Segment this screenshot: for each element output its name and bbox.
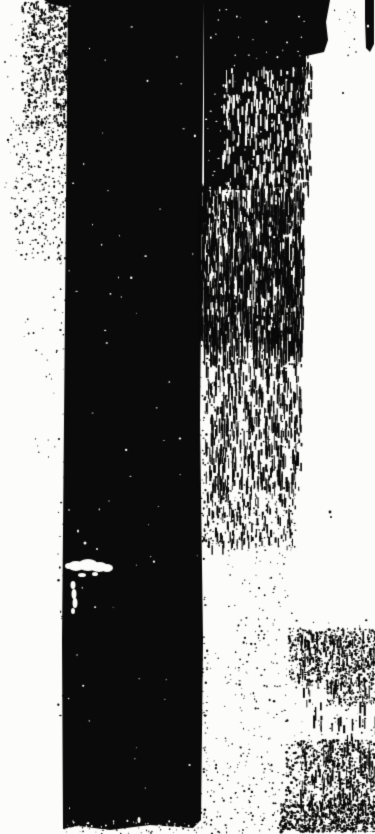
- photocopy-scan-artifact-canvas: [0, 0, 375, 834]
- scanned-document-page: [0, 0, 375, 834]
